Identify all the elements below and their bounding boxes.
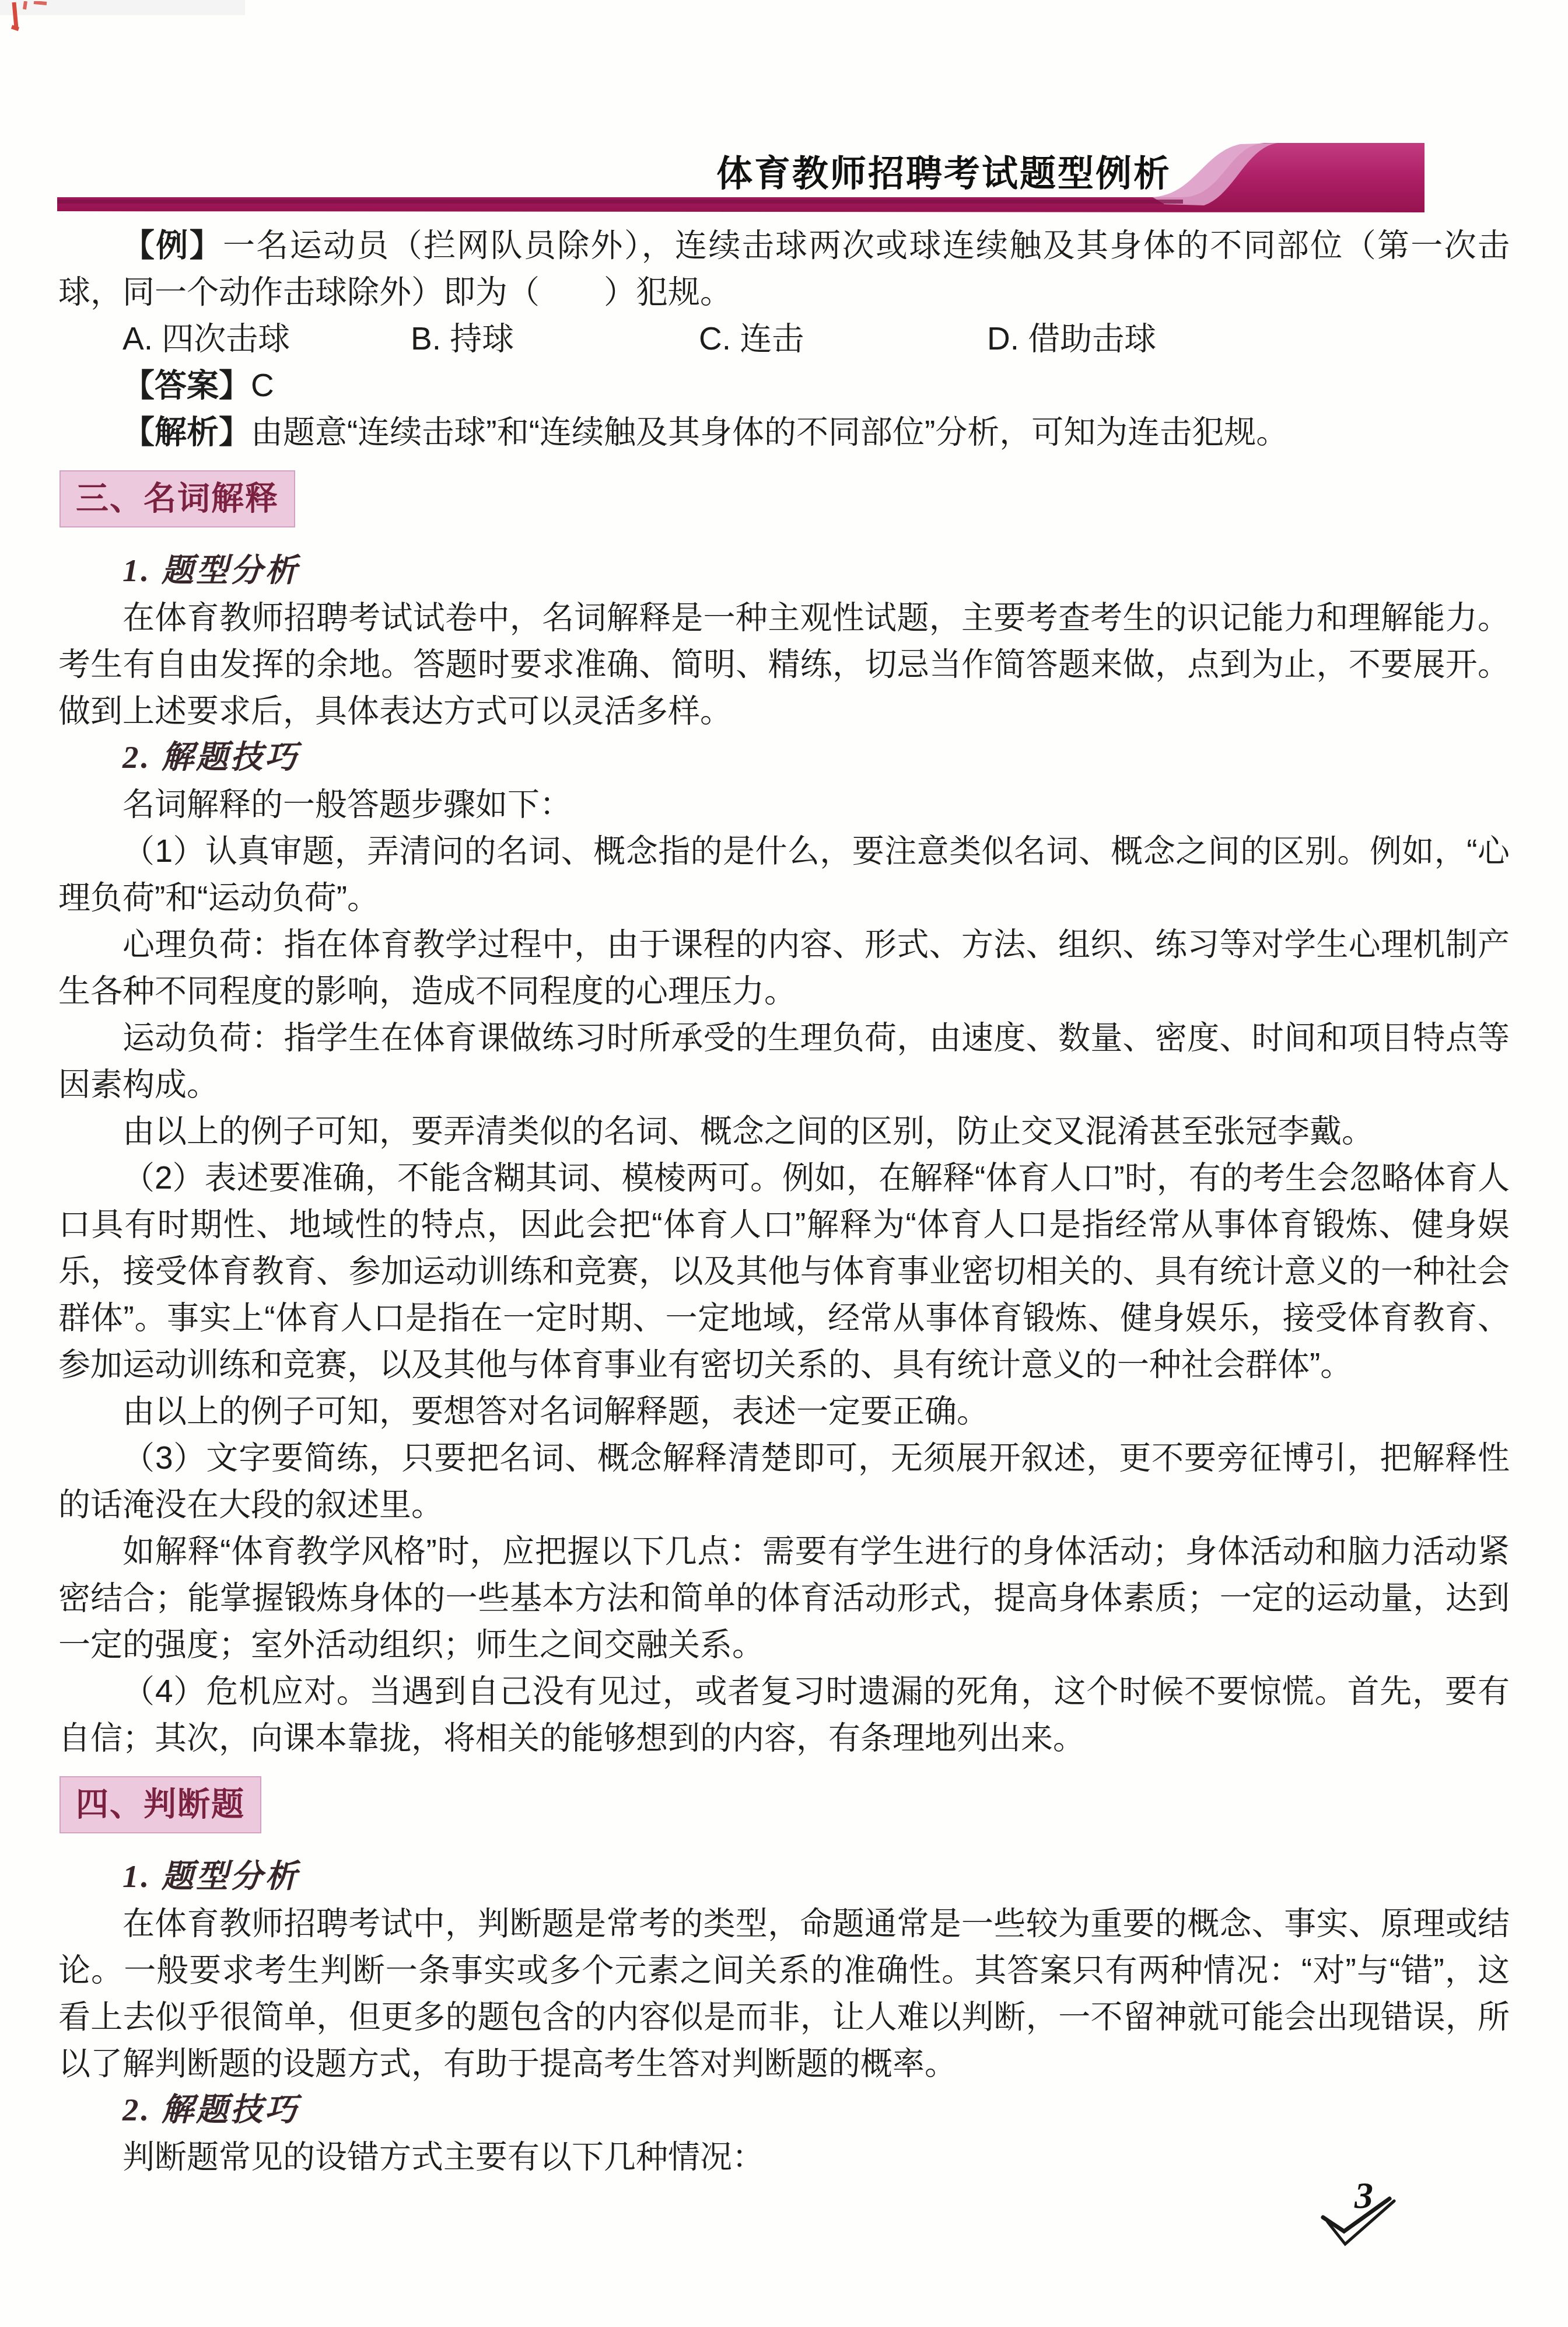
- section3-para-9: （3）文字要简练，只要把名词、概念解释清楚即可，无须展开叙述，更不要旁征博引，把…: [58, 1434, 1510, 1528]
- section4-para-2: 判断题常见的设错方式主要有以下几种情况：: [58, 2133, 1510, 2180]
- page-body: 【例】一名运动员（拦网队员除外），连续击球两次或球连续触及其身体的不同部位（第一…: [58, 222, 1510, 2180]
- section4-subhead-1: 1. 题型分析: [58, 1853, 1510, 1900]
- analysis-prefix: 【解析】: [123, 414, 251, 450]
- answer-line: 【答案】C: [58, 362, 1510, 408]
- example-prefix: 【例】: [123, 227, 223, 263]
- example-options-row: A. 四次击球 B. 持球 C. 连击 D. 借助击球: [58, 315, 1510, 362]
- analysis-line: 【解析】由题意“连续击球”和“连续触及其身体的不同部位”分析，可知为连击犯规。: [58, 408, 1510, 455]
- section3-para-3: （1）认真审题，弄清问的名词、概念指的是什么，要注意类似名词、概念之间的区别。例…: [58, 827, 1510, 921]
- section3-para-8: 由以上的例子可知，要想答对名词解释题，表述一定要正确。: [58, 1388, 1510, 1434]
- scanned-book-page: 体育教师招聘考试题型例析 【例】一名运动员（拦网队员除外），连续击球两次或球连续…: [0, 0, 1568, 2327]
- section4-subhead-2: 2. 解题技巧: [58, 2087, 1510, 2133]
- section3-para-2: 名词解释的一般答题步骤如下：: [58, 781, 1510, 827]
- section3-para-11: （4）危机应对。当遇到自己没有见过，或者复习时遗漏的死角，这个时候不要惊慌。首先…: [58, 1668, 1510, 1761]
- section3-para-10: 如解释“体育教学风格”时，应把握以下几点：需要有学生进行的身体活动；身体活动和脑…: [58, 1528, 1510, 1668]
- section3-para-7: （2）表述要准确，不能含糊其词、模棱两可。例如，在解释“体育人口”时，有的考生会…: [58, 1154, 1510, 1388]
- option-a: A. 四次击球: [123, 315, 411, 362]
- section3-heading-box: 三、名词解释: [60, 470, 295, 527]
- section4-heading-box: 四、判断题: [60, 1776, 261, 1833]
- section3-para-4: 心理负荷：指在体育教学过程中，由于课程的内容、形式、方法、组织、练习等对学生心理…: [58, 921, 1510, 1014]
- section3-para-5: 运动负荷：指学生在体育课做练习时所承受的生理负荷，由速度、数量、密度、时间和项目…: [58, 1014, 1510, 1107]
- answer-prefix: 【答案】: [123, 367, 251, 403]
- section4-heading-row: 四、判断题: [58, 1761, 1510, 1853]
- section3-para-1: 在体育教师招聘考试试卷中，名词解释是一种主观性试题，主要考查考生的识记能力和理解…: [58, 594, 1510, 734]
- header-ribbon: [56, 139, 1427, 216]
- section3-subhead-1: 1. 题型分析: [58, 547, 1510, 594]
- section3-para-6: 由以上的例子可知，要弄清类似的名词、概念之间的区别，防止交叉混淆甚至张冠李戴。: [58, 1107, 1510, 1154]
- red-ink-mark: [10, 1, 51, 34]
- double-checkmark-icon: [1319, 2195, 1419, 2256]
- option-c: C. 连击: [699, 315, 987, 362]
- option-d: D. 借助击球: [987, 315, 1156, 362]
- section3-subhead-2: 2. 解题技巧: [58, 734, 1510, 781]
- example-question: 【例】一名运动员（拦网队员除外），连续击球两次或球连续触及其身体的不同部位（第一…: [58, 222, 1510, 315]
- section4-para-1: 在体育教师招聘考试中，判断题是常考的类型，命题通常是一些较为重要的概念、事实、原…: [58, 1900, 1510, 2087]
- analysis-text: 由题意“连续击球”和“连续触及其身体的不同部位”分析，可知为连击犯规。: [251, 414, 1288, 450]
- option-b: B. 持球: [411, 315, 699, 362]
- answer-value: C: [251, 367, 274, 403]
- section3-heading-row: 三、名词解释: [58, 455, 1510, 547]
- example-question-text: 一名运动员（拦网队员除外），连续击球两次或球连续触及其身体的不同部位（第一次击球…: [58, 227, 1510, 310]
